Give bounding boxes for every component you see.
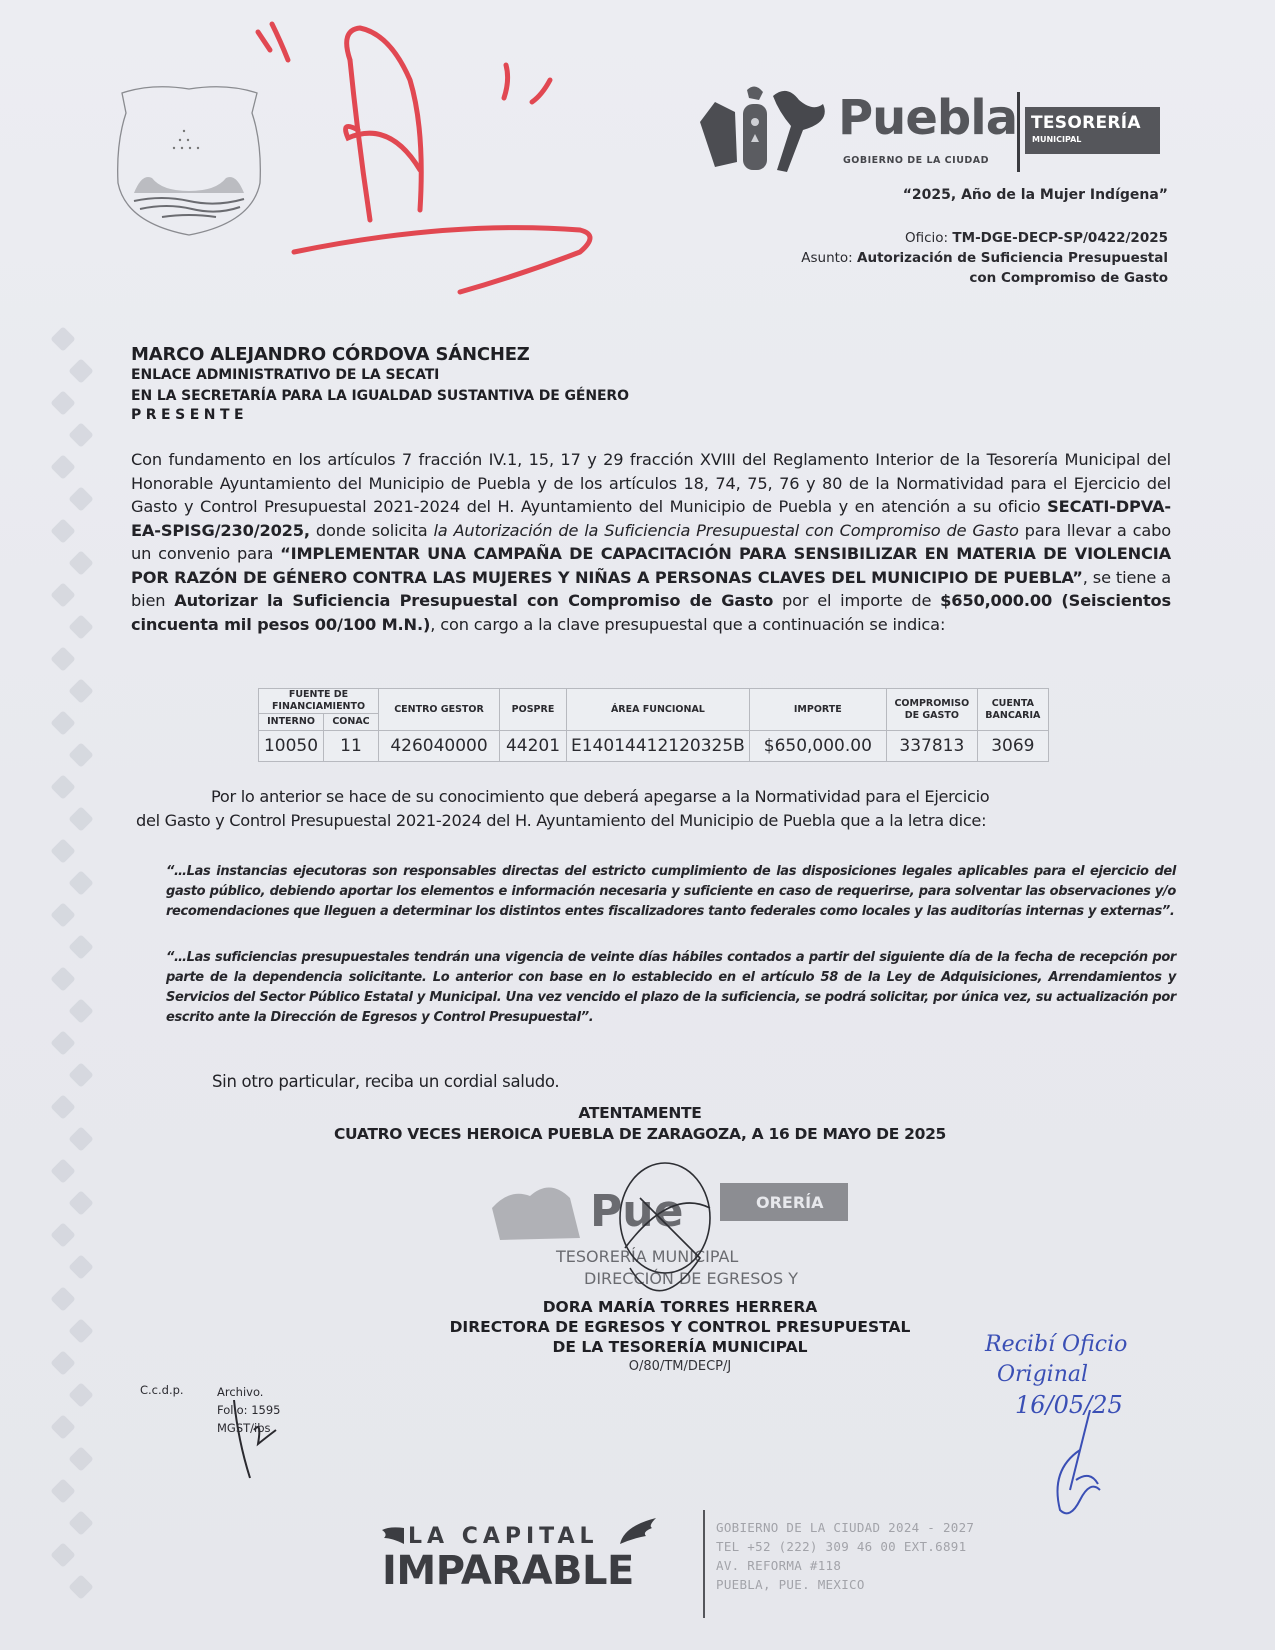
pattern-diamond [68, 1254, 93, 1279]
para-text: Con fundamento en los artículos 7 fracci… [131, 450, 1171, 516]
signer-title2: DE LA TESORERÍA MUNICIPAL [420, 1337, 940, 1357]
cc-label: C.c.d.p. [140, 1383, 184, 1397]
table-cell: 11 [324, 731, 379, 762]
pattern-diamond [50, 1094, 75, 1119]
tesoreria-badge-sub: MUNICIPAL [1032, 135, 1081, 144]
pattern-diamond [50, 390, 75, 415]
pattern-diamond [50, 1414, 75, 1439]
closing-greeting: Sin otro particular, reciba un cordial s… [212, 1072, 559, 1091]
para2-line1: Por lo anterior se hace de su conocimien… [136, 785, 1176, 809]
wing-right-icon [618, 1516, 658, 1548]
pattern-diamond [50, 902, 75, 927]
table-cell: 3069 [977, 731, 1048, 762]
receipt-signature [1040, 1410, 1140, 1520]
handwritten-receipt-note: Recibí Oficio Original 16/05/25 [985, 1330, 1127, 1420]
pattern-diamond [50, 454, 75, 479]
logo-subtitle: GOBIERNO DE LA CIUDAD [843, 155, 989, 166]
footer-address-line: TEL +52 (222) 309 46 00 EXT.6891 [716, 1537, 974, 1556]
regulation-quote-2: “…Las suficiencias presupuestales tendrá… [166, 948, 1176, 1028]
oficio-block: Oficio: TM-DGE-DECP-SP/0422/2025 Asunto:… [801, 228, 1168, 288]
addressee-name: MARCO ALEJANDRO CÓRDOVA SÁNCHEZ [131, 344, 629, 365]
year-motto: “2025, Año de la Mujer Indígena” [903, 187, 1168, 203]
pattern-diamond [50, 710, 75, 735]
table-header: POSPRE [500, 689, 567, 731]
table-header: IMPORTE [749, 689, 886, 731]
addressee-role2: EN LA SECRETARÍA PARA LA IGUALDAD SUSTAN… [131, 386, 629, 407]
pattern-diamond [68, 742, 93, 767]
pattern-diamond [68, 1446, 93, 1471]
oficio-number: TM-DGE-DECP-SP/0422/2025 [952, 230, 1168, 246]
pattern-diamond [50, 646, 75, 671]
red-annotation-mark [250, 20, 620, 320]
pattern-diamond [50, 1158, 75, 1183]
authorization-text: Autorizar la Suficiencia Presupuestal co… [174, 591, 773, 610]
pattern-diamond [68, 998, 93, 1023]
table-header: COMPROMISO DE GASTO [886, 689, 977, 731]
pattern-diamond [50, 1286, 75, 1311]
para2-line2: del Gasto y Control Presupuestal 2021-20… [136, 809, 1176, 833]
pattern-diamond [68, 1126, 93, 1151]
sign-off-block: ATENTAMENTE CUATRO VECES HEROICA PUEBLA … [300, 1103, 980, 1145]
signer-name: DORA MARÍA TORRES HERRERA [420, 1297, 940, 1317]
decorative-border-pattern [40, 330, 100, 1630]
footer-address-line: AV. REFORMA #118 [716, 1556, 974, 1575]
oficio-label: Oficio: [905, 230, 948, 246]
puebla-government-logo: Puebla GOBIERNO DE LA CIUDAD TESORERÍA M… [695, 82, 1165, 177]
tesoreria-badge-title: TESORERÍA [1031, 113, 1141, 133]
footer-address: GOBIERNO DE LA CIUDAD 2024 - 2027 TEL +5… [716, 1518, 974, 1594]
wing-left-icon [380, 1522, 406, 1548]
asunto-label: Asunto: [801, 250, 852, 266]
pattern-diamond [50, 1222, 75, 1247]
table-group-header: FUENTE DE FINANCIAMIENTO [259, 689, 379, 714]
signer-title1: DIRECTORA DE EGRESOS Y CONTROL PRESUPUES… [420, 1317, 940, 1337]
handwritten-line1: Recibí Oficio [985, 1330, 1127, 1360]
tesoreria-badge: TESORERÍA MUNICIPAL [1025, 107, 1160, 154]
pattern-diamond [68, 1062, 93, 1087]
addressee-role1: ENLACE ADMINISTRATIVO DE LA SECATI [131, 365, 629, 386]
slogan-top: LA CAPITAL [408, 1524, 599, 1549]
table-header: CENTRO GESTOR [379, 689, 500, 731]
initials-signature [228, 1400, 288, 1480]
place-date: CUATRO VECES HEROICA PUEBLA DE ZARAGOZA,… [300, 1124, 980, 1145]
pattern-diamond [50, 838, 75, 863]
addressee-block: MARCO ALEJANDRO CÓRDOVA SÁNCHEZ ENLACE A… [131, 344, 629, 423]
pattern-diamond [68, 550, 93, 575]
footer-slogan-logo: LA CAPITAL IMPARABLE [380, 1522, 680, 1602]
budget-table: FUENTE DE FINANCIAMIENTO CENTRO GESTOR P… [258, 688, 1049, 762]
table-header: CUENTA BANCARIA [977, 689, 1048, 731]
logo-divider [1017, 92, 1020, 172]
pattern-diamond [50, 1350, 75, 1375]
regulation-quote-1: “…Las instancias ejecutoras son responsa… [166, 862, 1176, 922]
table-cell: 44201 [500, 731, 567, 762]
cc-item: Archivo. [217, 1383, 280, 1401]
pattern-diamond [50, 1030, 75, 1055]
table-cell: 10050 [259, 731, 324, 762]
pattern-diamond [68, 358, 93, 383]
table-header: ÁREA FUNCIONAL [567, 689, 750, 731]
second-paragraph: Por lo anterior se hace de su conocimien… [136, 785, 1176, 833]
pattern-diamond [50, 582, 75, 607]
pattern-diamond [68, 1510, 93, 1535]
main-paragraph: Con fundamento en los artículos 7 fracci… [131, 448, 1171, 636]
para-text: por el importe de [773, 591, 940, 610]
pattern-diamond [68, 678, 93, 703]
footer-divider [703, 1510, 705, 1618]
puebla-figures-icon [695, 82, 835, 174]
pattern-diamond [68, 1318, 93, 1343]
document-page: Puebla GOBIERNO DE LA CIUDAD TESORERÍA M… [0, 0, 1275, 1650]
asunto-line1: Autorización de Suficiencia Presupuestal [857, 250, 1168, 266]
pattern-diamond [68, 934, 93, 959]
pattern-diamond [68, 422, 93, 447]
project-title: “IMPLEMENTAR UNA CAMPAÑA DE CAPACITACIÓN… [131, 544, 1171, 587]
pattern-diamond [50, 1478, 75, 1503]
table-header: INTERNO [259, 714, 324, 731]
table-cell: 337813 [886, 731, 977, 762]
internal-reference: O/80/TM/DECP/J [420, 1357, 940, 1377]
pattern-diamond [50, 966, 75, 991]
pattern-diamond [68, 614, 93, 639]
pattern-diamond [50, 518, 75, 543]
pattern-diamond [50, 1542, 75, 1567]
pattern-diamond [68, 806, 93, 831]
pattern-diamond [68, 1574, 93, 1599]
signer-block: DORA MARÍA TORRES HERRERA DIRECTORA DE E… [420, 1297, 940, 1377]
pattern-diamond [68, 486, 93, 511]
slogan-bottom: IMPARABLE [382, 1548, 634, 1594]
handwritten-line2: Original [985, 1360, 1127, 1390]
table-header: CONAC [324, 714, 379, 731]
table-cell: E14014412120325B [567, 731, 750, 762]
para-text: , con cargo a la clave presupuestal que … [430, 615, 945, 634]
svg-text:ORERÍA: ORERÍA [756, 1193, 824, 1212]
pattern-diamond [50, 326, 75, 351]
presente-label: PRESENTE [131, 407, 629, 423]
pattern-diamond [50, 774, 75, 799]
table-cell: 426040000 [379, 731, 500, 762]
table-row: 100501142604000044201E14014412120325B$65… [259, 731, 1049, 762]
atentamente-label: ATENTAMENTE [300, 1103, 980, 1124]
pattern-diamond [68, 1382, 93, 1407]
footer-address-line: PUEBLA, PUE. MEXICO [716, 1575, 974, 1594]
logo-wordmark: Puebla [838, 90, 1017, 146]
para-italic: la Autorización de la Suficiencia Presup… [433, 521, 1018, 540]
asunto-line2: con Compromiso de Gasto [969, 270, 1168, 286]
table-cell: $650,000.00 [749, 731, 886, 762]
pattern-diamond [68, 870, 93, 895]
pattern-diamond [68, 1190, 93, 1215]
footer-address-line: GOBIERNO DE LA CIUDAD 2024 - 2027 [716, 1518, 974, 1537]
city-crest-icon [112, 83, 267, 238]
para-text: donde solicita [310, 521, 434, 540]
